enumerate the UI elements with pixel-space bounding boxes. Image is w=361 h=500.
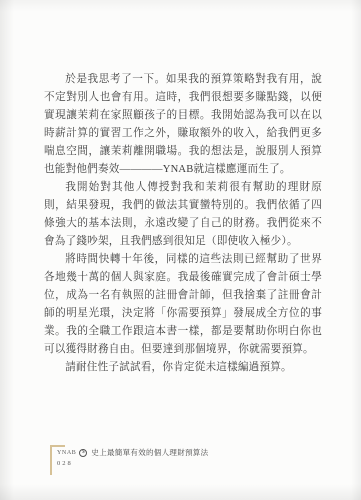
dollar-circle-icon: $ (79, 449, 87, 457)
book-page: 於是我思考了一下。如果我的預算策略對我有用，說不定對別人也會有用。這時，我們很想… (0, 0, 361, 500)
paragraph: 我開始對其他人傳授對我和茉莉很有幫助的理財原則，結果發現，我們的做法其實蠻特別的… (44, 179, 322, 251)
page-number: 028 (57, 460, 208, 467)
paragraph: 將時間快轉十年後，同樣的這些法則已經幫助了世界各地幾十萬的個人與家庭。我最後確實… (44, 251, 322, 359)
footer-bracket-vertical (50, 445, 52, 475)
brand-label: YNAB (57, 450, 76, 456)
footer-bracket-horizontal (50, 445, 65, 447)
footer-title-row: YNAB $ 史上最簡單有效的個人理財預算法 (57, 448, 208, 457)
page-footer: YNAB $ 史上最簡單有效的個人理財預算法 028 (57, 448, 208, 467)
paragraph: 於是我思考了一下。如果我的預算策略對我有用，說不定對別人也會有用。這時，我們很想… (44, 71, 322, 179)
book-title: 史上最簡單有效的個人理財預算法 (91, 447, 208, 458)
paragraph: 請耐住性子試試看，你肯定從未這樣編過預算。 (44, 359, 322, 377)
dollar-glyph: $ (82, 450, 85, 455)
body-text: 於是我思考了一下。如果我的預算策略對我有用，說不定對別人也會有用。這時，我們很想… (44, 71, 322, 377)
